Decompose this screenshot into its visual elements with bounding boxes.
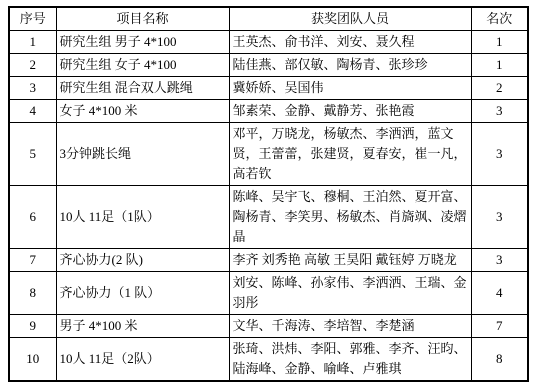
row-index-cell: 5	[9, 123, 56, 186]
rank-cell: 3	[471, 249, 528, 272]
rank-cell: 1	[471, 31, 528, 54]
project-name-cell: 女子 4*100 米	[56, 100, 229, 123]
project-name-cell: 研究生组 男子 4*100	[56, 31, 229, 54]
col-header-rank: 名次	[471, 7, 528, 31]
row-index-cell: 2	[9, 54, 56, 77]
team-members-cell: 张琦、洪炜、李阳、郭雅、李齐、汪昀、陆海峰、金静、喻峰、卢雅琪	[229, 338, 471, 382]
team-members-cell: 李齐 刘秀艳 高敏 王昊阳 戴钰婷 万晓龙	[229, 249, 471, 272]
table-row: 610人 11足（1队）陈峰、吴宇飞、穆桐、王泊然、夏开富、陶杨青、李笑男、杨敏…	[9, 186, 528, 249]
row-index-cell: 10	[9, 338, 56, 382]
rank-cell: 3	[471, 100, 528, 123]
project-name-cell: 10人 11足（2队）	[56, 338, 229, 382]
col-header-members: 获奖团队人员	[229, 7, 471, 31]
table-row: 2研究生组 女子 4*100陆佳燕、部仅敏、陶杨青、张珍珍1	[9, 54, 528, 77]
rank-cell: 1	[471, 54, 528, 77]
rank-cell: 2	[471, 77, 528, 100]
project-name-cell: 研究生组 女子 4*100	[56, 54, 229, 77]
team-members-cell: 王英杰、俞书洋、刘安、聂久程	[229, 31, 471, 54]
row-index-cell: 1	[9, 31, 56, 54]
row-index-cell: 4	[9, 100, 56, 123]
project-name-cell: 研究生组 混合双人跳绳	[56, 77, 229, 100]
table-row: 1010人 11足（2队）张琦、洪炜、李阳、郭雅、李齐、汪昀、陆海峰、金静、喻峰…	[9, 338, 528, 382]
table-row: 7齐心协力(2 队)李齐 刘秀艳 高敏 王昊阳 戴钰婷 万晓龙3	[9, 249, 528, 272]
table-row: 8齐心协力（1 队）刘安、陈峰、孙家伟、李洒洒、王瑞、金羽彤4	[9, 272, 528, 315]
row-index-cell: 3	[9, 77, 56, 100]
row-index-cell: 6	[9, 186, 56, 249]
team-members-cell: 刘安、陈峰、孙家伟、李洒洒、王瑞、金羽彤	[229, 272, 471, 315]
award-results-table: 序号 项目名称 获奖团队人员 名次 1研究生组 男子 4*100王英杰、俞书洋、…	[8, 6, 529, 382]
rank-cell: 7	[471, 315, 528, 338]
team-members-cell: 陈峰、吴宇飞、穆桐、王泊然、夏开富、陶杨青、李笑男、杨敏杰、肖旖飒、凌熠晶	[229, 186, 471, 249]
table-row: 9男子 4*100 米文华、千海涛、李培智、李楚涵7	[9, 315, 528, 338]
table-row: 3研究生组 混合双人跳绳冀娇娇、吴国伟2	[9, 77, 528, 100]
team-members-cell: 冀娇娇、吴国伟	[229, 77, 471, 100]
header-row: 序号 项目名称 获奖团队人员 名次	[9, 7, 528, 31]
project-name-cell: 10人 11足（1队）	[56, 186, 229, 249]
project-name-cell: 齐心协力（1 队）	[56, 272, 229, 315]
rank-cell: 3	[471, 186, 528, 249]
rank-cell: 3	[471, 123, 528, 186]
team-members-cell: 文华、千海涛、李培智、李楚涵	[229, 315, 471, 338]
team-members-cell: 邓平，万晓龙，杨敏杰、李洒洒，蓝文贤，王蕾蕾，张建贤，夏春安，崔一凡，高若钦	[229, 123, 471, 186]
rank-cell: 8	[471, 338, 528, 382]
col-header-index: 序号	[9, 7, 56, 31]
team-members-cell: 陆佳燕、部仅敏、陶杨青、张珍珍	[229, 54, 471, 77]
row-index-cell: 7	[9, 249, 56, 272]
document-page: 序号 项目名称 获奖团队人员 名次 1研究生组 男子 4*100王英杰、俞书洋、…	[0, 0, 533, 392]
team-members-cell: 邹素荣、金静、戴静芳、张艳霞	[229, 100, 471, 123]
row-index-cell: 9	[9, 315, 56, 338]
table-row: 53分钟跳长绳邓平，万晓龙，杨敏杰、李洒洒，蓝文贤，王蕾蕾，张建贤，夏春安，崔一…	[9, 123, 528, 186]
rank-cell: 4	[471, 272, 528, 315]
table-body: 1研究生组 男子 4*100王英杰、俞书洋、刘安、聂久程12研究生组 女子 4*…	[9, 31, 528, 382]
project-name-cell: 齐心协力(2 队)	[56, 249, 229, 272]
project-name-cell: 男子 4*100 米	[56, 315, 229, 338]
project-name-cell: 3分钟跳长绳	[56, 123, 229, 186]
table-row: 4女子 4*100 米邹素荣、金静、戴静芳、张艳霞3	[9, 100, 528, 123]
row-index-cell: 8	[9, 272, 56, 315]
table-row: 1研究生组 男子 4*100王英杰、俞书洋、刘安、聂久程1	[9, 31, 528, 54]
col-header-project: 项目名称	[56, 7, 229, 31]
